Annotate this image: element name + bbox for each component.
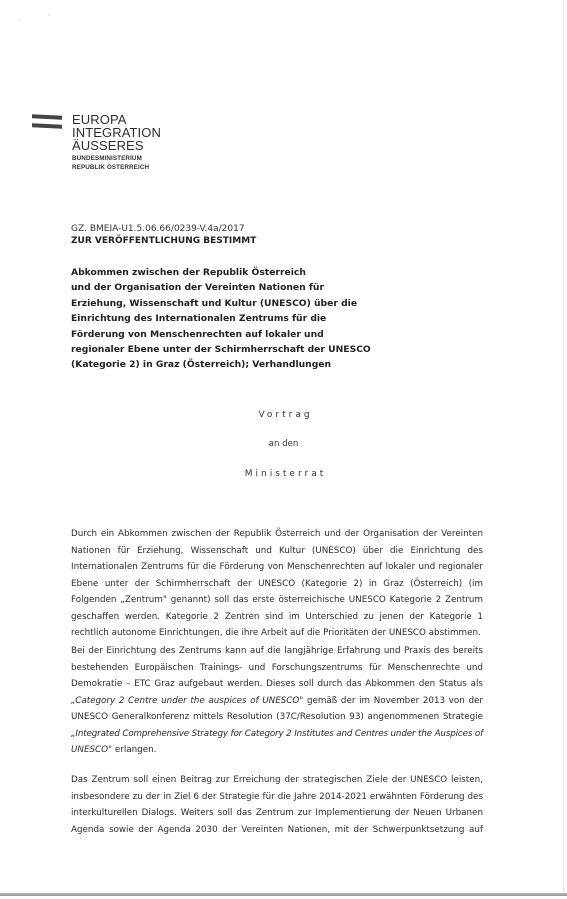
paragraph-line: insbesondere zu der in Ziel 6 der Strate… (71, 789, 483, 806)
heading-vortrag: Vortrag (2, 410, 567, 420)
text-run: erlangen. (112, 745, 156, 755)
paragraph-line: interkulturellen Dialogs. Weiters soll d… (71, 805, 483, 822)
logo-text: EUROPA INTEGRATION ÄUSSERES BUNDESMINIST… (72, 113, 272, 172)
paragraph-line: Das Zentrum soll einen Beitrag zur Errei… (71, 772, 483, 789)
title-line: Förderung von Menschenrechten auf lokale… (71, 327, 401, 342)
paragraph-line: geschaffen werden. Kategorie 2 Zentren s… (71, 609, 483, 626)
paragraph-line: Internationalen Zentrums für die Förderu… (71, 559, 483, 576)
title-line: Abkommen zwischen der Republik Österreic… (71, 265, 401, 280)
reference-block: GZ. BMEIA-U1.5.06.66/0239-V.4a/2017 ZUR … (71, 223, 256, 247)
paragraph-line: Nationen für Erziehung, Wissenschaft und… (71, 543, 483, 560)
scan-speck: ʼ (48, 13, 50, 21)
paragraph-line: Demokratie – ETC Graz aufgebaut werden. … (71, 676, 483, 693)
paragraph-line: UNESCO" erlangen. (71, 742, 483, 759)
page-edge-right (563, 0, 564, 894)
title-line: (Kategorie 2) in Graz (Österreich); Verh… (71, 357, 401, 372)
publication-note: ZUR VERÖFFENTLICHUNG BESTIMMT (71, 235, 256, 247)
reference-code: GZ. BMEIA-U1.5.06.66/0239-V.4a/2017 (71, 223, 256, 235)
paragraph-line: „Integrated Comprehensive Strategy for C… (71, 726, 483, 743)
heading-an-den: an den (0, 439, 567, 449)
text-run: gemäß der im November 2013 von der (303, 696, 483, 706)
paragraph-line: Ebene unter der Schirmherrschaft der UNE… (71, 576, 483, 593)
document-title: Abkommen zwischen der Republik Österreic… (71, 265, 401, 373)
paragraph-line: Folgenden „Zentrum" genannt) soll das er… (71, 592, 483, 609)
austria-flag-icon (32, 113, 64, 133)
paragraph-line: Agenda sowie der Agenda 2030 der Vereint… (71, 822, 483, 839)
scan-speck: · (18, 16, 20, 24)
logo-line: ÄUSSERES (72, 139, 272, 152)
title-line: regionaler Ebene unter der Schirmherrsch… (71, 342, 401, 357)
paragraph-line: UNESCO Generalkonferenz mittels Resoluti… (71, 709, 483, 726)
paragraph-line: Durch ein Abkommen zwischen der Republik… (71, 526, 483, 543)
paragraph-2: Bei der Einrichtung des Zentrums kann au… (71, 643, 483, 759)
page-edge-bottom (0, 893, 567, 896)
title-line: Erziehung, Wissenschaft und Kultur (UNES… (71, 296, 401, 311)
ministry-line: BUNDESMINISTERIUM (72, 154, 272, 163)
paragraph-line: Bei der Einrichtung des Zentrums kann au… (71, 643, 483, 660)
heading-ministerrat: Ministerrat (2, 469, 567, 479)
title-line: und der Organisation der Vereinten Natio… (71, 280, 401, 295)
italic-term: UNESCO" (71, 745, 112, 755)
paragraph-line: „Category 2 Centre under the auspices of… (71, 693, 483, 710)
paragraph-line: rechtlich autonome Einrichtungen, die ih… (71, 625, 483, 642)
ministry-line: REPUBLIK ÖSTERREICH (72, 163, 272, 172)
italic-term: „Integrated Comprehensive Strategy for C… (71, 729, 483, 739)
paragraph-line: bestehenden Europäischen Trainings- und … (71, 660, 483, 677)
title-line: Einrichtung des Internationalen Zentrums… (71, 311, 401, 326)
italic-term: „Category 2 Centre under the auspices of… (71, 696, 303, 706)
paragraph-1: Durch ein Abkommen zwischen der Republik… (71, 526, 483, 642)
paragraph-3: Das Zentrum soll einen Beitrag zur Errei… (71, 772, 483, 838)
